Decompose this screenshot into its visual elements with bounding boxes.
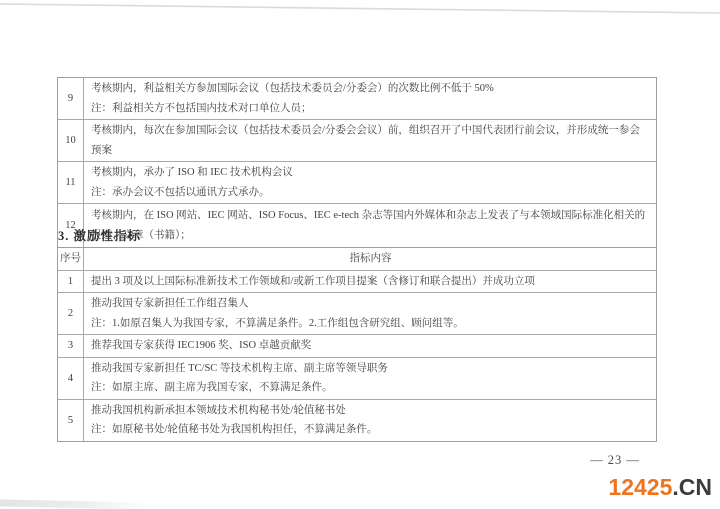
table-row: 5 推动我国机构新承担本领域技术机构秘书处/轮值秘书处 注：如原秘书处/轮值秘书… bbox=[58, 400, 656, 441]
indicator-note: 注：承办会议不包括以通讯方式承办。 bbox=[91, 183, 650, 203]
row-number: 11 bbox=[58, 162, 84, 203]
indicator-note: 注：如原主席、副主席为我国专家，不算满足条件。 bbox=[91, 378, 650, 398]
row-number: 3 bbox=[58, 335, 84, 357]
indicator-note: 注：利益相关方不包括国内技术对口单位人员； bbox=[91, 99, 650, 119]
indicator-text: 考核期内，在 ISO 网站、IEC 网站、ISO Focus、IEC e-tec… bbox=[91, 206, 650, 245]
table-row: 4 推动我国专家新担任 TC/SC 等技术机构主席、副主席等领导职务 注：如原主… bbox=[58, 358, 656, 400]
table-header-row: 序号 指标内容 bbox=[58, 248, 656, 271]
watermark-primary: 12425 bbox=[608, 474, 672, 500]
row-content: 考核期内，利益相关方参加国际会议（包括技术委员会/分委会）的次数比例不低于 50… bbox=[84, 78, 656, 119]
indicator-text: 考核期内，承办了 ISO 和 IEC 技术机构会议 bbox=[91, 163, 650, 183]
row-content: 提出 3 项及以上国际标准新技术工作领域和/或新工作项目提案（含修订和联合提出）… bbox=[84, 271, 656, 293]
row-content: 考核期内，承办了 ISO 和 IEC 技术机构会议 注：承办会议不包括以通讯方式… bbox=[84, 162, 656, 203]
row-number: 2 bbox=[58, 293, 84, 334]
row-number: 5 bbox=[58, 400, 84, 441]
row-content: 推荐我国专家获得 IEC1906 奖、ISO 卓越贡献奖 bbox=[84, 335, 656, 357]
table-row: 10 考核期内，每次在参加国际会议（包括技术委员会/分委会会议）前，组织召开了中… bbox=[58, 120, 656, 162]
row-content: 推动我国专家新担任 TC/SC 等技术机构主席、副主席等领导职务 注：如原主席、… bbox=[84, 358, 656, 399]
page-number: — 23 — bbox=[560, 453, 670, 468]
indicator-text: 考核期内，每次在参加国际会议（包括技术委员会/分委会会议）前，组织召开了中国代表… bbox=[91, 121, 650, 160]
indicator-text: 推动我国机构新承担本领域技术机构秘书处/轮值秘书处 bbox=[91, 401, 650, 421]
header-content-label: 指标内容 bbox=[350, 249, 392, 269]
row-number: 4 bbox=[58, 358, 84, 399]
table-row: 2 推动我国专家新担任工作组召集人 注：1.如原召集人为我国专家，不算满足条件。… bbox=[58, 293, 656, 335]
indicator-text: 推动我国专家新担任工作组召集人 bbox=[91, 294, 650, 314]
assessment-indicator-table: 9 考核期内，利益相关方参加国际会议（包括技术委员会/分委会）的次数比例不低于 … bbox=[57, 77, 657, 248]
table-row: 9 考核期内，利益相关方参加国际会议（包括技术委员会/分委会）的次数比例不低于 … bbox=[58, 78, 656, 120]
row-content: 推动我国专家新担任工作组召集人 注：1.如原召集人为我国专家，不算满足条件。2.… bbox=[84, 293, 656, 334]
indicator-text: 提出 3 项及以上国际标准新技术工作领域和/或新工作项目提案（含修订和联合提出）… bbox=[91, 272, 650, 292]
header-content: 指标内容 bbox=[84, 248, 656, 270]
scan-edge-artifact bbox=[0, 499, 150, 509]
indicator-text: 推动我国专家新担任 TC/SC 等技术机构主席、副主席等领导职务 bbox=[91, 359, 650, 379]
table-row: 1 提出 3 项及以上国际标准新技术工作领域和/或新工作项目提案（含修订和联合提… bbox=[58, 271, 656, 294]
scan-edge-artifact bbox=[0, 2, 720, 16]
row-number: 9 bbox=[58, 78, 84, 119]
indicator-note: 注：如原秘书处/轮值秘书处为我国机构担任，不算满足条件。 bbox=[91, 420, 650, 440]
indicator-text: 推荐我国专家获得 IEC1906 奖、ISO 卓越贡献奖 bbox=[91, 336, 650, 356]
table-row: 3 推荐我国专家获得 IEC1906 奖、ISO 卓越贡献奖 bbox=[58, 335, 656, 358]
table-row: 11 考核期内，承办了 ISO 和 IEC 技术机构会议 注：承办会议不包括以通… bbox=[58, 162, 656, 204]
site-watermark: 12425.CN bbox=[608, 474, 712, 501]
indicator-note: 注：1.如原召集人为我国专家，不算满足条件。2.工作组包含研究组、顾问组等。 bbox=[91, 314, 650, 334]
table-row: 12 考核期内，在 ISO 网站、IEC 网站、ISO Focus、IEC e-… bbox=[58, 204, 656, 247]
header-number: 序号 bbox=[58, 248, 84, 270]
row-number: 10 bbox=[58, 120, 84, 161]
row-content: 考核期内，每次在参加国际会议（包括技术委员会/分委会会议）前，组织召开了中国代表… bbox=[84, 120, 656, 161]
section-heading: 3. 激励性指标 bbox=[58, 226, 141, 244]
indicator-text: 考核期内，利益相关方参加国际会议（包括技术委员会/分委会）的次数比例不低于 50… bbox=[91, 79, 650, 99]
row-content: 考核期内，在 ISO 网站、IEC 网站、ISO Focus、IEC e-tec… bbox=[84, 204, 656, 247]
watermark-suffix: .CN bbox=[672, 474, 712, 500]
incentive-indicator-table: 序号 指标内容 1 提出 3 项及以上国际标准新技术工作领域和/或新工作项目提案… bbox=[57, 247, 657, 442]
row-content: 推动我国机构新承担本领域技术机构秘书处/轮值秘书处 注：如原秘书处/轮值秘书处为… bbox=[84, 400, 656, 441]
row-number: 1 bbox=[58, 271, 84, 293]
